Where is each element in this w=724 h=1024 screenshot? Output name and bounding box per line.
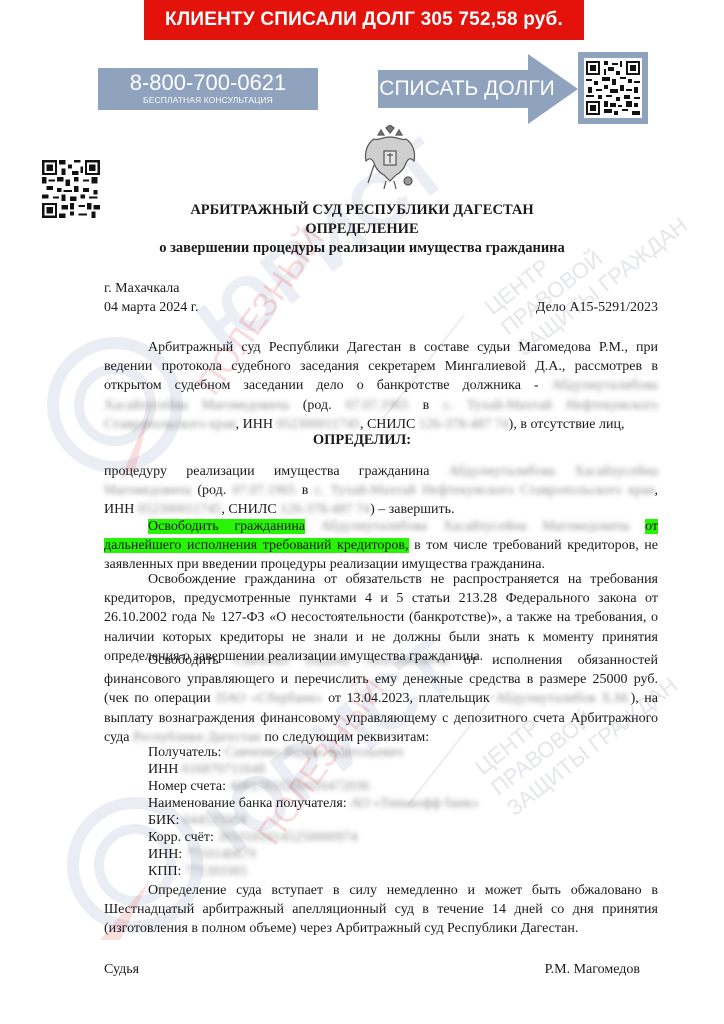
- requisite-row: ИНН 616870711648: [148, 761, 479, 778]
- requisite-row: Номер счета: 40817810200016472036: [148, 778, 479, 795]
- redacted-debtor-name: Абдулмуталибова Хасайхусейна Магомедович…: [321, 519, 630, 534]
- qr-code-icon: [584, 58, 642, 118]
- appeal-paragraph: Определение суда вступает в силу немедле…: [104, 881, 658, 939]
- ruling-release-from-debts: Освободить гражданина Абдулмуталибова Ха…: [104, 517, 658, 575]
- requisite-row: БИК: 044525974: [148, 812, 479, 829]
- redacted-manager-name: Савченко Вадима Анатольевича: [234, 653, 448, 668]
- phone-subtitle: БЕСПЛАТНАЯ КОНСУЛЬТАЦИЯ: [98, 95, 318, 106]
- debt-written-off-banner[interactable]: КЛИЕНТУ СПИСАЛИ ДОЛГ 305 752,58 руб.: [144, 0, 584, 40]
- write-off-debts-button[interactable]: СПИСАТЬ ДОЛГИ: [378, 54, 578, 124]
- qr-code-top-right[interactable]: [578, 52, 648, 124]
- case-number: Дело А15-5291/2023: [536, 300, 658, 316]
- redacted-birth-date: 07.07.1965: [233, 483, 296, 498]
- requisite-row: ИНН: 7710140679: [148, 846, 479, 863]
- redacted-birth-place: с. Тухай-Махтай Нефтекумского Ставрополь…: [315, 483, 655, 498]
- document-date: 04 марта 2024 г.: [104, 300, 198, 316]
- redacted-bank: ПАО «Сбербанк»: [216, 691, 322, 706]
- requisite-row: Получатель: Савченко Вадим Анатольевич: [148, 744, 479, 761]
- ruling-heading: ОПРЕДЕЛИЛ:: [0, 432, 724, 449]
- ruling-financial-manager: Освободить Савченко Вадима Анатольевича …: [104, 651, 658, 747]
- ruling-complete-procedure: процедуру реализации имущества гражданин…: [104, 462, 658, 520]
- redacted-payer: Абдулмуталибов Х.М.: [495, 691, 630, 706]
- court-name: АРБИТРАЖНЫЙ СУД РЕСПУБЛИКИ ДАГЕСТАН: [0, 202, 724, 219]
- redacted-snils: 126-378-487 74: [419, 417, 509, 432]
- redacted-inn: 052300011745: [138, 502, 221, 517]
- city: г. Махачкала: [104, 281, 179, 297]
- requisite-row: КПП: 771301001: [148, 863, 479, 880]
- requisite-row: Наименование банка получателя: АО «Тиньк…: [148, 795, 479, 812]
- cta-label: СПИСАТЬ ДОЛГИ: [378, 74, 556, 104]
- redacted-birth-date: 07.07.1965: [346, 398, 409, 413]
- requisite-row: Корр. счёт: 30101810145250000974: [148, 829, 479, 846]
- redacted-inn: 052300011745: [276, 417, 359, 432]
- payment-requisites: Получатель: Савченко Вадим Анатольевич И…: [148, 744, 479, 880]
- phone-consultation-button[interactable]: 8-800-700-0621 БЕСПЛАТНАЯ КОНСУЛЬТАЦИЯ: [98, 68, 318, 110]
- document-type: ОПРЕДЕЛЕНИЕ: [0, 221, 724, 238]
- redacted-region: Республики Дагестан: [133, 730, 261, 745]
- signature-name: Р.М. Магомедов: [545, 962, 640, 978]
- intro-paragraph: Арбитражный суд Республики Дагестан в со…: [104, 338, 658, 434]
- highlight-release: Освободить гражданина: [148, 519, 305, 534]
- redacted-snils: 126-378-487 74: [280, 502, 370, 517]
- document-subtitle: о завершении процедуры реализации имущес…: [0, 240, 724, 257]
- watermark-tagline-top: ЦЕНТР ПРАВОВОЙ ЗАЩИТЫ ГРАЖДАН: [480, 171, 693, 361]
- signature-role: Судья: [104, 962, 139, 978]
- russian-coat-of-arms-icon: [360, 125, 420, 193]
- phone-number: 8-800-700-0621: [98, 71, 318, 95]
